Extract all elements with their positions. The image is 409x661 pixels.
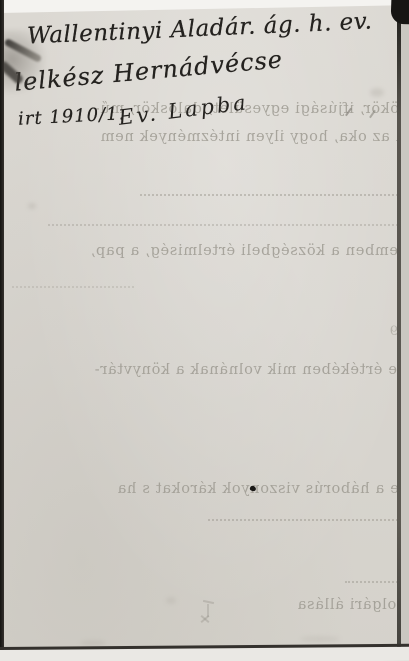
- paper-smudge: [28, 203, 36, 209]
- bleedthrough-line: i az oka, hogy ilyen intézmények nem: [100, 129, 400, 145]
- paper-smudge: [80, 640, 106, 646]
- handwriting-line-3-title: Ev. Lapba: [117, 90, 250, 130]
- page-corner-shadow: [391, 0, 409, 24]
- bleedthrough-line: olgári állása: [297, 597, 396, 613]
- scanned-document-page: ökör, ifjúsági egyesület, daloskör, mű- …: [0, 0, 409, 661]
- scan-right-margin: [401, 0, 409, 649]
- dotted-rule: [140, 194, 398, 196]
- paper-smudge: [370, 88, 384, 97]
- page-right-edge: [397, 0, 401, 649]
- handwriting-line-1: Wallentinyi Aladár. ág. h. ev.: [27, 8, 373, 49]
- paper-smudge: [166, 597, 176, 604]
- handwriting-line-2: lelkész Hernádvécse: [13, 45, 284, 96]
- dotted-rule: [345, 581, 402, 583]
- scan-left-edge: [0, 0, 4, 651]
- bleedthrough-line: emben a községbeli értelmiség, a pap,: [90, 243, 398, 259]
- bleedthrough-line: se értékében mik volnának a könyvtár-: [94, 362, 405, 378]
- dotted-rule: [48, 224, 398, 226]
- dotted-rule: [208, 519, 398, 521]
- paper-smudge: [300, 636, 340, 642]
- bleedthrough-line: e a háborús viszonyok károkat s ha: [117, 481, 399, 497]
- handwriting-line-3-prefix: irt 1910/1.: [18, 103, 126, 130]
- dotted-rule: [12, 286, 134, 288]
